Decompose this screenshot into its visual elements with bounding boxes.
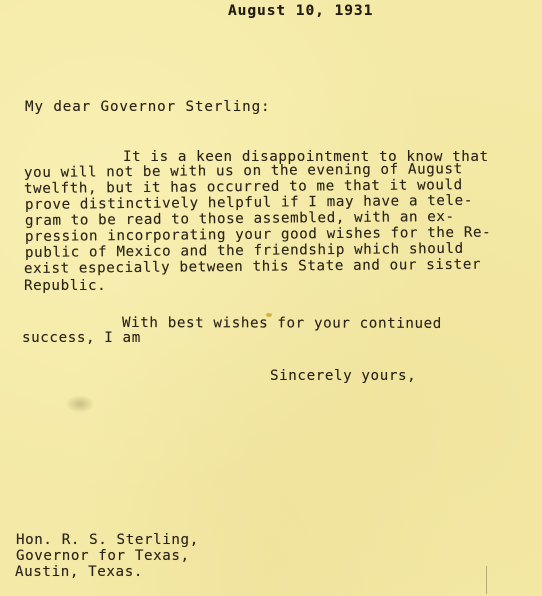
address-line: Austin, Texas.	[15, 564, 143, 580]
closing: Sincerely yours,	[270, 368, 416, 384]
body-line: exist especially between this State and …	[24, 257, 481, 277]
body-line: With best wishes for your continued	[122, 315, 442, 332]
body-line: Republic.	[24, 278, 106, 294]
salutation: My dear Governor Sterling:	[25, 99, 270, 115]
body-line: success, I am	[22, 330, 141, 346]
address-line: Hon. R. S. Sterling,	[16, 532, 199, 548]
paper-crease	[486, 566, 487, 594]
letter-page: August 10, 1931 My dear Governor Sterlin…	[0, 0, 542, 596]
address-line: Governor for Texas,	[16, 548, 190, 564]
letter-date: August 10, 1931	[228, 3, 373, 19]
paper-stain	[65, 395, 95, 413]
